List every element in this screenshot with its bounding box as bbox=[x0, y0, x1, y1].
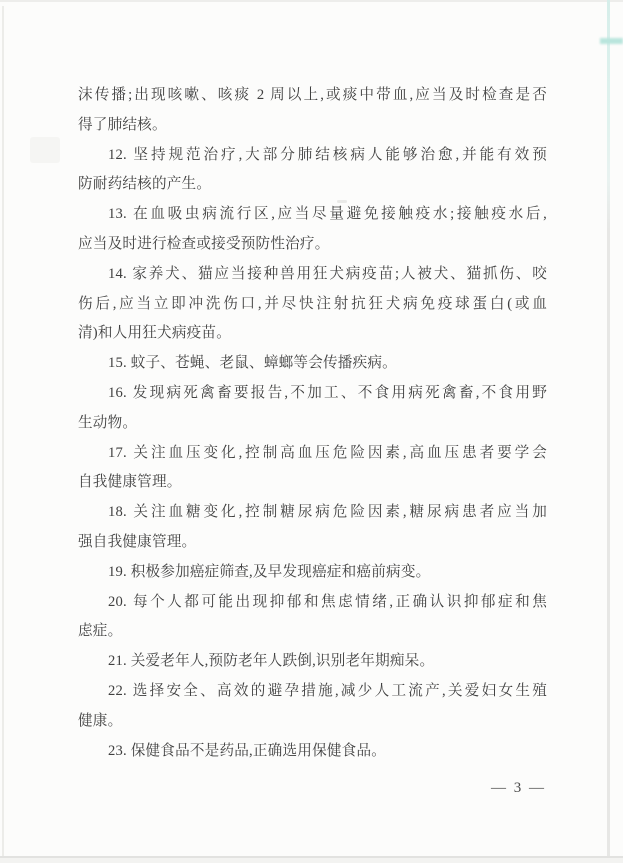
text-line: 18. 关注血糖变化,控制糖尿病危险因素,糖尿病患者应当加 bbox=[78, 498, 547, 528]
text-line: 沫传播;出现咳嗽、咳痰 2 周以上,或痰中带血,应当及时检查是否 bbox=[78, 81, 547, 111]
scan-edge-top bbox=[0, 0, 623, 2]
text-line: 21. 关爱老年人,预防老年人跌倒,识别老年期痴呆。 bbox=[78, 647, 547, 677]
text-line: 17. 关注血压变化,控制高血压危险因素,高血压患者要学会 bbox=[78, 439, 547, 469]
text-line: 虑症。 bbox=[78, 617, 547, 647]
text-line: 伤后,应当立即冲洗伤口,并尽快注射抗狂犬病免疫球蛋白(或血 bbox=[78, 290, 547, 320]
text-line: 防耐药结核的产生。 bbox=[78, 170, 547, 200]
scan-streak-right bbox=[607, 0, 610, 863]
page-number: — 3 — bbox=[491, 778, 546, 798]
scan-cyan-mark bbox=[600, 38, 623, 44]
text-line: 23. 保健食品不是药品,正确选用保健食品。 bbox=[78, 737, 547, 767]
text-line: 清)和人用狂犬病疫苗。 bbox=[78, 319, 547, 349]
text-line: 强自我健康管理。 bbox=[78, 528, 547, 558]
text-line: 自我健康管理。 bbox=[78, 468, 547, 498]
text-line: 19. 积极参加癌症筛查,及早发现癌症和癌前病变。 bbox=[78, 558, 547, 588]
text-line: 20. 每个人都可能出现抑郁和焦虑情绪,正确认识抑郁症和焦 bbox=[78, 588, 547, 618]
text-block: 沫传播;出现咳嗽、咳痰 2 周以上,或痰中带血,应当及时检查是否得了肺结核。12… bbox=[78, 81, 547, 766]
text-line: 应当及时进行检查或接受预防性治疗。 bbox=[78, 230, 547, 260]
text-line: 14. 家养犬、猫应当接种兽用狂犬病疫苗;人被犬、猫抓伤、咬 bbox=[78, 260, 547, 290]
text-line: 16. 发现病死禽畜要报告,不加工、不食用病死禽畜,不食用野 bbox=[78, 379, 547, 409]
scan-bottom-strip bbox=[0, 858, 623, 863]
scan-smudge bbox=[30, 137, 60, 163]
scan-edge-left bbox=[2, 6, 4, 857]
text-line: 15. 蚊子、苍蝇、老鼠、蟑螂等会传播疾病。 bbox=[78, 349, 547, 379]
text-line: 13. 在血吸虫病流行区,应当尽量避免接触疫水;接触疫水后, bbox=[78, 200, 547, 230]
text-line: 生动物。 bbox=[78, 409, 547, 439]
text-line: 得了肺结核。 bbox=[78, 111, 547, 141]
text-line: 健康。 bbox=[78, 707, 547, 737]
text-line: 22. 选择安全、高效的避孕措施,减少人工流产,关爱妇女生殖 bbox=[78, 677, 547, 707]
text-line: 12. 坚持规范治疗,大部分肺结核病人能够治愈,并能有效预 bbox=[78, 141, 547, 171]
scanned-document-page: 沫传播;出现咳嗽、咳痰 2 周以上,或痰中带血,应当及时检查是否得了肺结核。12… bbox=[0, 0, 623, 863]
